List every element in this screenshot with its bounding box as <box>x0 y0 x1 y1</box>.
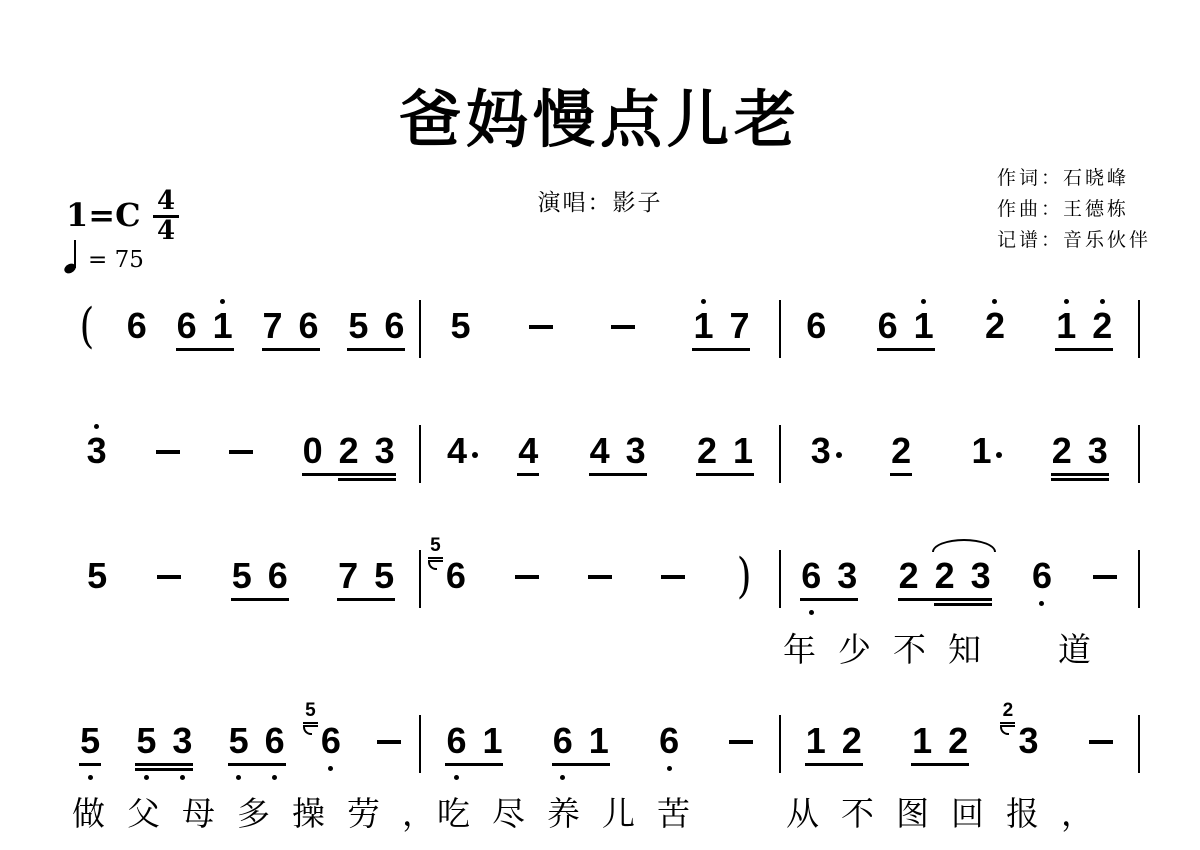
note-digit: 2 <box>1091 306 1113 346</box>
note-group: 6 <box>1031 556 1053 596</box>
note-digit: 65 <box>445 556 467 596</box>
beam-line <box>800 598 858 601</box>
dash-bar <box>611 325 635 329</box>
note-group: 5 <box>86 556 108 596</box>
measure: 5535665 <box>62 721 419 761</box>
octave-dot-below <box>144 775 149 780</box>
note-digit: 2 <box>338 431 360 471</box>
note-group <box>376 721 402 761</box>
note-digit: 6 <box>1031 556 1053 596</box>
note-group: 3 <box>810 431 832 471</box>
dash-bar <box>729 740 753 744</box>
note-group: 17 <box>692 306 750 346</box>
note-digit: 6 <box>176 306 198 346</box>
note-digit: 3 <box>374 431 396 471</box>
dash-note <box>1088 721 1114 761</box>
note-group <box>156 556 182 596</box>
dash-note <box>528 306 554 346</box>
grace-beam-line <box>303 722 318 724</box>
beam-line <box>176 348 234 351</box>
note-group <box>587 556 613 596</box>
dash-note <box>610 306 636 346</box>
beam-line <box>135 768 193 771</box>
time-signature-denominator: 4 <box>153 219 179 244</box>
dash-note <box>155 431 181 471</box>
dash-bar <box>661 575 685 579</box>
lyrics-line4-phrase1: 做父母多操劳， <box>72 788 457 835</box>
measure: 121232 <box>781 721 1138 761</box>
note-digit: 3 <box>171 721 193 761</box>
note-digit: 2 <box>841 721 863 761</box>
note-digit: 6 <box>126 306 148 346</box>
dash-bar <box>515 575 539 579</box>
note-digit: 7 <box>262 306 284 346</box>
dash-bar <box>157 575 181 579</box>
beam-line <box>589 473 647 476</box>
dash-bar <box>156 450 180 454</box>
note-digit: 7 <box>728 306 750 346</box>
dash-note <box>1092 556 1118 596</box>
time-signature-numerator: 4 <box>153 189 179 214</box>
beam-line <box>228 763 286 766</box>
note-group: 12 <box>805 721 863 761</box>
dash-note <box>587 556 613 596</box>
note-digit: 2 <box>984 306 1006 346</box>
beam-line <box>135 763 193 766</box>
score-line: 5567565)632236 <box>62 556 1140 608</box>
grace-slur-hook <box>1000 727 1009 735</box>
lyrics-line4-phrase3: 从不图回报， <box>786 788 1116 835</box>
note-group: 61 <box>445 721 503 761</box>
beam-line <box>445 763 503 766</box>
measure: 55675 <box>62 556 419 596</box>
dash-note <box>228 431 254 471</box>
beam-line <box>347 348 405 351</box>
beam-line <box>890 473 912 476</box>
note-group <box>728 721 754 761</box>
octave-dot-above <box>94 424 99 429</box>
octave-dot-below <box>560 775 565 780</box>
octave-dot-above <box>1100 299 1105 304</box>
octave-dot-above <box>701 299 706 304</box>
beam-line <box>1055 348 1113 351</box>
key-signature: 1=C <box>66 196 141 234</box>
note-digit: 3 <box>970 556 992 596</box>
note-group <box>660 556 686 596</box>
beam-line <box>934 603 992 606</box>
beam-line <box>911 763 969 766</box>
note-group: 43 <box>589 431 647 471</box>
note-digit: 2 <box>1051 431 1073 471</box>
measure: 61616 <box>421 721 778 761</box>
note-group: 4 <box>517 431 539 471</box>
barline <box>1138 550 1140 608</box>
note-group: 5 <box>449 306 471 346</box>
note-digit: 4 <box>589 431 611 471</box>
quarter-note-icon <box>64 240 79 274</box>
octave-dot-above <box>1064 299 1069 304</box>
note-group <box>514 556 540 596</box>
note-digit: 5 <box>228 721 250 761</box>
note-digit: 6 <box>658 721 680 761</box>
beam-line <box>1051 478 1109 481</box>
note-digit: 6 <box>552 721 574 761</box>
note-digit: 1 <box>212 306 234 346</box>
barline <box>1138 715 1140 773</box>
credit-transcriber: 记谱：音乐伙伴 <box>997 225 1151 256</box>
note-digit: 2 <box>898 556 920 596</box>
dash-bar <box>229 450 253 454</box>
note-digit: 3 <box>810 431 832 471</box>
note-digit: 5 <box>449 306 471 346</box>
beam-line <box>552 763 610 766</box>
grace-note: 5 <box>302 702 319 727</box>
measure: 3023 <box>62 431 419 471</box>
beam-line <box>338 478 396 481</box>
octave-dot-above <box>220 299 225 304</box>
grace-slur-hook <box>428 562 437 570</box>
note-digit: 1 <box>588 721 610 761</box>
note-group <box>610 306 636 346</box>
dash-note <box>376 721 402 761</box>
note-digit: 3 <box>836 556 858 596</box>
note-digit: 7 <box>337 556 359 596</box>
note-group: 61 <box>176 306 234 346</box>
augmentation-dot <box>996 452 1002 458</box>
measure: 65) <box>421 556 778 596</box>
dash-note <box>660 556 686 596</box>
credit-composer: 作曲：王德栋 <box>997 194 1151 225</box>
note-digit: 1 <box>913 306 935 346</box>
note-digit: 0 <box>302 431 324 471</box>
note-digit: 2 <box>934 556 956 596</box>
note-digit: 6 <box>264 721 286 761</box>
beam-line <box>302 473 396 476</box>
grace-note: 2 <box>999 702 1016 727</box>
note-digit: 5 <box>373 556 395 596</box>
credit-lyricist: 作词：石晓峰 <box>997 163 1151 194</box>
grace-digit: 5 <box>302 702 319 720</box>
note-group <box>528 306 554 346</box>
note-digit: 2 <box>890 431 912 471</box>
grace-slur-hook <box>303 727 312 735</box>
beam-line <box>262 348 320 351</box>
barline <box>1138 425 1140 483</box>
octave-dot-above <box>921 299 926 304</box>
barline <box>1138 300 1140 358</box>
note-digit: 3 <box>1087 431 1109 471</box>
note-digit: 5 <box>79 721 101 761</box>
lyrics-line3: 年少不知 道 <box>783 624 1113 671</box>
note-digit: 6 <box>877 306 899 346</box>
note-digit: 1 <box>692 306 714 346</box>
note-group <box>1092 556 1118 596</box>
note-group: 4 <box>446 431 468 471</box>
sheet-music-page: { "page": { "background": "#ffffff", "in… <box>0 0 1200 850</box>
note-group <box>1088 721 1114 761</box>
note-group: 63 <box>800 556 858 596</box>
dash-bar <box>529 325 553 329</box>
note-digit: 6 <box>800 556 822 596</box>
grace-note: 5 <box>427 537 444 562</box>
note-group: 56 <box>347 306 405 346</box>
note-digit: 6 <box>383 306 405 346</box>
tempo-value: = 75 <box>88 247 144 273</box>
note-digit: 2 <box>696 431 718 471</box>
note-group: 6 <box>658 721 680 761</box>
octave-dot-below <box>88 775 93 780</box>
close-paren: ) <box>733 556 755 596</box>
measure: 632236 <box>781 556 1138 596</box>
note-group: 2 <box>984 306 1006 346</box>
tempo-marking: = 75 <box>64 240 144 274</box>
grace-beam-line <box>428 557 443 559</box>
note-group: 53 <box>135 721 193 761</box>
credits-block: 作词：石晓峰 作曲：王德栋 记谱：音乐伙伴 <box>997 163 1151 256</box>
note-digit: 4 <box>517 431 539 471</box>
beam-line <box>696 473 754 476</box>
note-digit: 5 <box>86 556 108 596</box>
octave-dot-below <box>236 775 241 780</box>
note-digit: 1 <box>481 721 503 761</box>
note-group: 223 <box>898 556 992 596</box>
time-signature: 4 4 <box>153 189 179 244</box>
note-digit: 5 <box>231 556 253 596</box>
octave-dot-below <box>667 766 672 771</box>
note-digit: 1 <box>970 431 992 471</box>
note-group: ( <box>76 306 98 346</box>
beam-line <box>517 473 539 476</box>
note-digit: 6 <box>298 306 320 346</box>
note-digit: 1 <box>732 431 754 471</box>
note-digit: 6 <box>445 721 467 761</box>
note-group: 12 <box>1055 306 1113 346</box>
note-digit: 5 <box>135 721 157 761</box>
dash-note <box>514 556 540 596</box>
measure: (6617656 <box>62 306 419 346</box>
measure: 661212 <box>781 306 1138 346</box>
beam-line <box>805 763 863 766</box>
dash-bar <box>377 740 401 744</box>
octave-dot-below <box>180 775 185 780</box>
note-digit: 32 <box>1017 721 1039 761</box>
augmentation-dot <box>836 452 842 458</box>
note-group: 1 <box>970 431 992 471</box>
dash-note <box>156 556 182 596</box>
note-group: 65 <box>445 556 467 596</box>
note-group: 5 <box>79 721 101 761</box>
note-group: 61 <box>552 721 610 761</box>
note-group: ) <box>733 556 755 596</box>
measure: 444321 <box>421 431 778 471</box>
note-group: 32 <box>1017 721 1039 761</box>
note-digit: 6 <box>805 306 827 346</box>
note-group: 75 <box>337 556 395 596</box>
dash-bar <box>1089 740 1113 744</box>
dash-bar <box>588 575 612 579</box>
note-group: 6 <box>126 306 148 346</box>
octave-dot-below <box>454 775 459 780</box>
note-group: 2 <box>890 431 912 471</box>
note-group: 023 <box>302 431 396 471</box>
song-title: 爸妈慢点儿老 <box>0 70 1200 159</box>
beam-line <box>79 763 101 766</box>
note-digit: 4 <box>446 431 468 471</box>
octave-dot-below <box>1039 601 1044 606</box>
note-group: 56 <box>228 721 286 761</box>
note-group: 76 <box>262 306 320 346</box>
note-digit: 5 <box>347 306 369 346</box>
augmentation-dot <box>472 452 478 458</box>
note-group <box>155 431 181 471</box>
octave-dot-below <box>272 775 277 780</box>
note-digit: 3 <box>625 431 647 471</box>
beam-line <box>898 598 992 601</box>
grace-digit: 5 <box>427 537 444 555</box>
note-digit: 6 <box>267 556 289 596</box>
octave-dot-above <box>992 299 997 304</box>
beam-line <box>231 598 289 601</box>
note-group: 56 <box>231 556 289 596</box>
note-group: 12 <box>911 721 969 761</box>
note-group: 23 <box>1051 431 1109 471</box>
octave-dot-below <box>328 766 333 771</box>
octave-dot-below <box>809 610 814 615</box>
score-line: 302344432132123 <box>62 431 1140 483</box>
beam-line <box>692 348 750 351</box>
grace-beam-line <box>1000 722 1015 724</box>
grace-digit: 2 <box>999 702 1016 720</box>
note-digit: 2 <box>947 721 969 761</box>
beam-line <box>877 348 935 351</box>
note-group <box>228 431 254 471</box>
measure: 517 <box>421 306 778 346</box>
note-digit: 1 <box>805 721 827 761</box>
note-digit: 65 <box>320 721 342 761</box>
beam-line <box>337 598 395 601</box>
note-digit: 1 <box>1055 306 1077 346</box>
score-line: (6617656517661212 <box>62 306 1140 358</box>
slur-arc <box>932 539 996 552</box>
score-line: 553566561616121232 <box>62 721 1140 773</box>
open-paren: ( <box>76 306 98 346</box>
note-group: 61 <box>877 306 935 346</box>
note-group: 6 <box>805 306 827 346</box>
beam-line <box>1051 473 1109 476</box>
note-digit: 1 <box>911 721 933 761</box>
measure: 32123 <box>781 431 1138 471</box>
note-group: 21 <box>696 431 754 471</box>
note-group: 65 <box>320 721 342 761</box>
note-digit: 3 <box>86 431 108 471</box>
dash-note <box>728 721 754 761</box>
dash-bar <box>1093 575 1117 579</box>
lyrics-line4-phrase2: 吃尽养儿苦 <box>437 788 712 835</box>
note-group: 3 <box>86 431 108 471</box>
